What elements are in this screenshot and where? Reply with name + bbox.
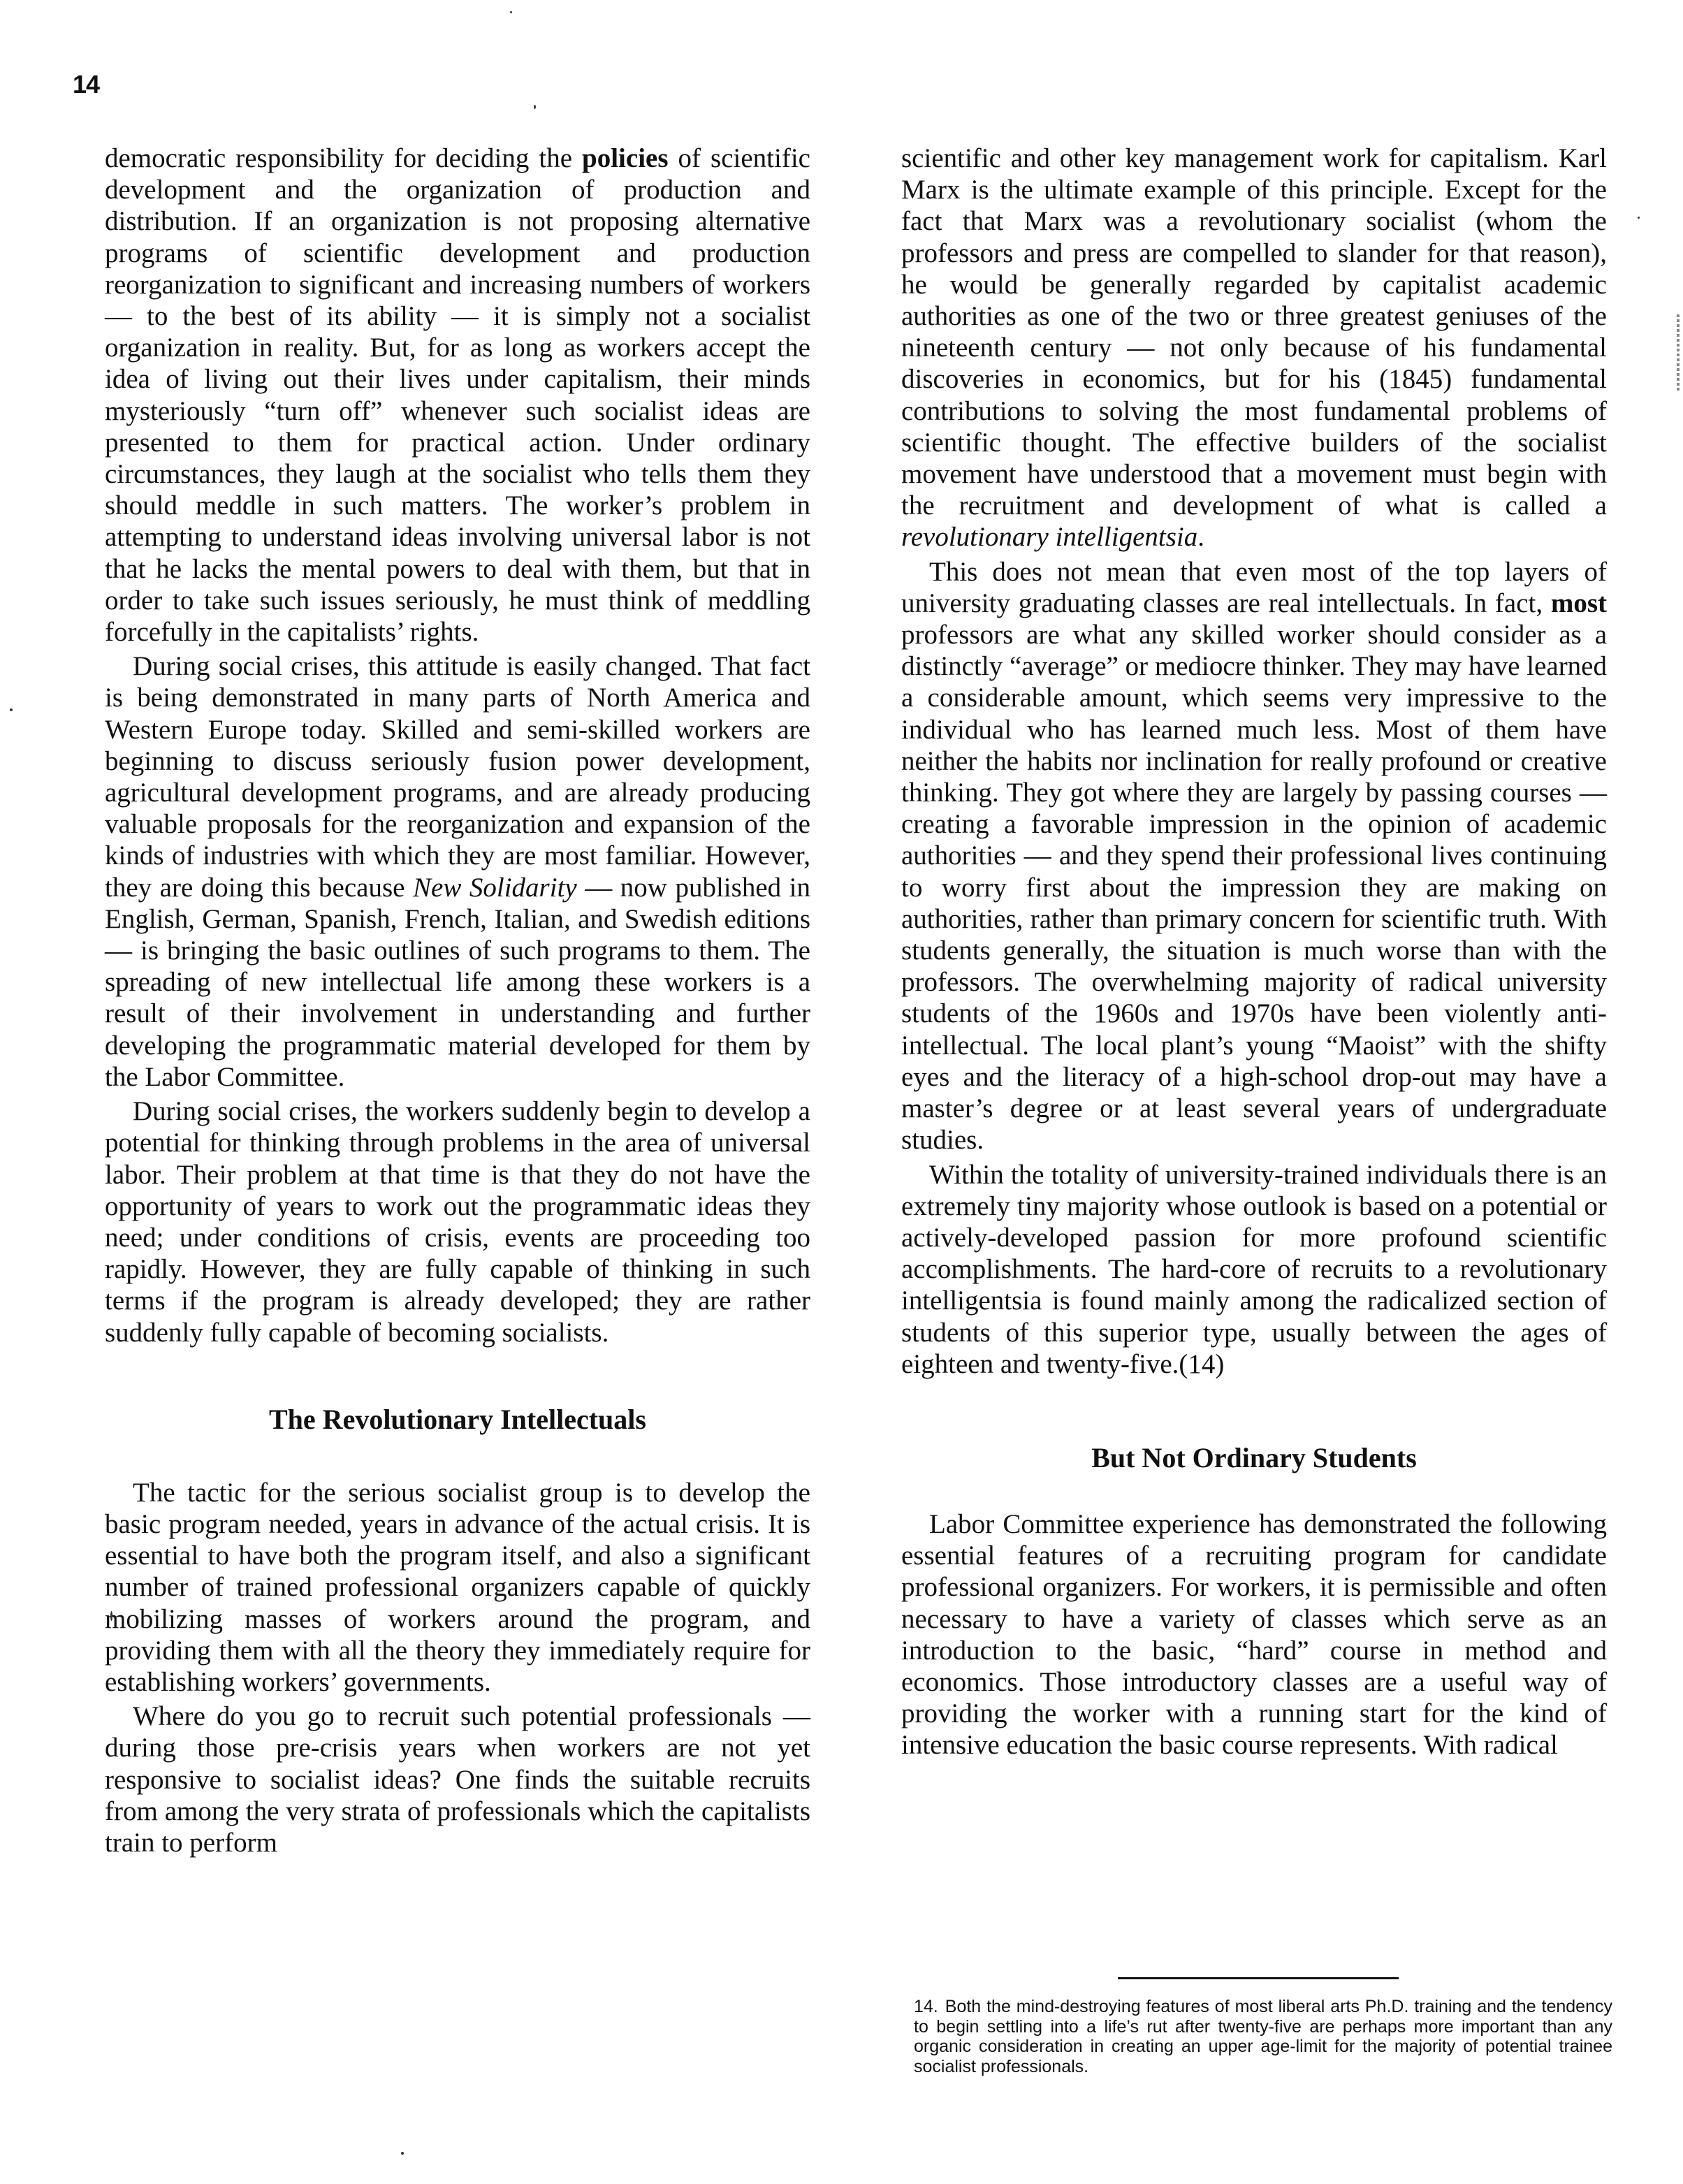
paragraph: During social crises, this attitude is e… (105, 650, 810, 1093)
bold-emphasis: most (1551, 588, 1607, 618)
paragraph-text: This does not mean that even most of the… (901, 557, 1607, 618)
section-heading: The Revolutionary Intellectuals (105, 1403, 810, 1436)
paragraph-text: — now published in English, German, Span… (105, 873, 810, 1092)
scan-speck (510, 11, 512, 13)
scan-speck (1638, 217, 1640, 219)
paragraph-text: scientific and other key management work… (901, 143, 1607, 520)
paragraph-text: democratic responsibility for deciding t… (105, 143, 582, 173)
footnote-number: 14. (914, 1997, 938, 2016)
scan-speck (401, 2152, 404, 2155)
paragraph: This does not mean that even most of the… (901, 556, 1607, 1156)
paragraph-text: professors are what any skilled worker s… (901, 620, 1607, 1155)
page-number: 14 (73, 70, 99, 99)
paragraph-text: During social crises, this attitude is e… (105, 651, 810, 902)
scan-artifact (1677, 314, 1680, 391)
paragraph: democratic responsibility for deciding t… (105, 143, 810, 648)
left-column: democratic responsibility for deciding t… (105, 143, 810, 1858)
footnote-text: Both the mind-destroying features of mos… (914, 1997, 1612, 2076)
paragraph-text: of scientific development and the organi… (105, 143, 810, 647)
paragraph-text: . (1197, 522, 1204, 552)
bold-emphasis: policies (582, 143, 669, 173)
paragraph: Where do you go to recruit such potentia… (105, 1701, 810, 1858)
paragraph: Within the totality of university-traine… (901, 1159, 1607, 1380)
document-page: 14 democratic responsibility for decidin… (0, 0, 1683, 2184)
publication-title: New Solidarity (413, 873, 577, 903)
section-heading: But Not Ordinary Students (901, 1441, 1607, 1475)
paragraph: During social crises, the workers sudden… (105, 1095, 810, 1348)
paragraph: scientific and other key management work… (901, 143, 1607, 553)
scan-speck (534, 105, 536, 109)
right-column: scientific and other key management work… (901, 143, 1607, 1761)
footnote: 14.Both the mind-destroying features of … (914, 1997, 1612, 2076)
paragraph: The tactic for the serious socialist gro… (105, 1477, 810, 1698)
footnote-divider (1118, 1977, 1399, 1979)
italic-term: revolutionary intelligentsia (901, 522, 1197, 552)
scan-speck (110, 1611, 112, 1621)
paragraph: Labor Committee experience has demonstra… (901, 1508, 1607, 1761)
scan-speck (10, 708, 13, 711)
